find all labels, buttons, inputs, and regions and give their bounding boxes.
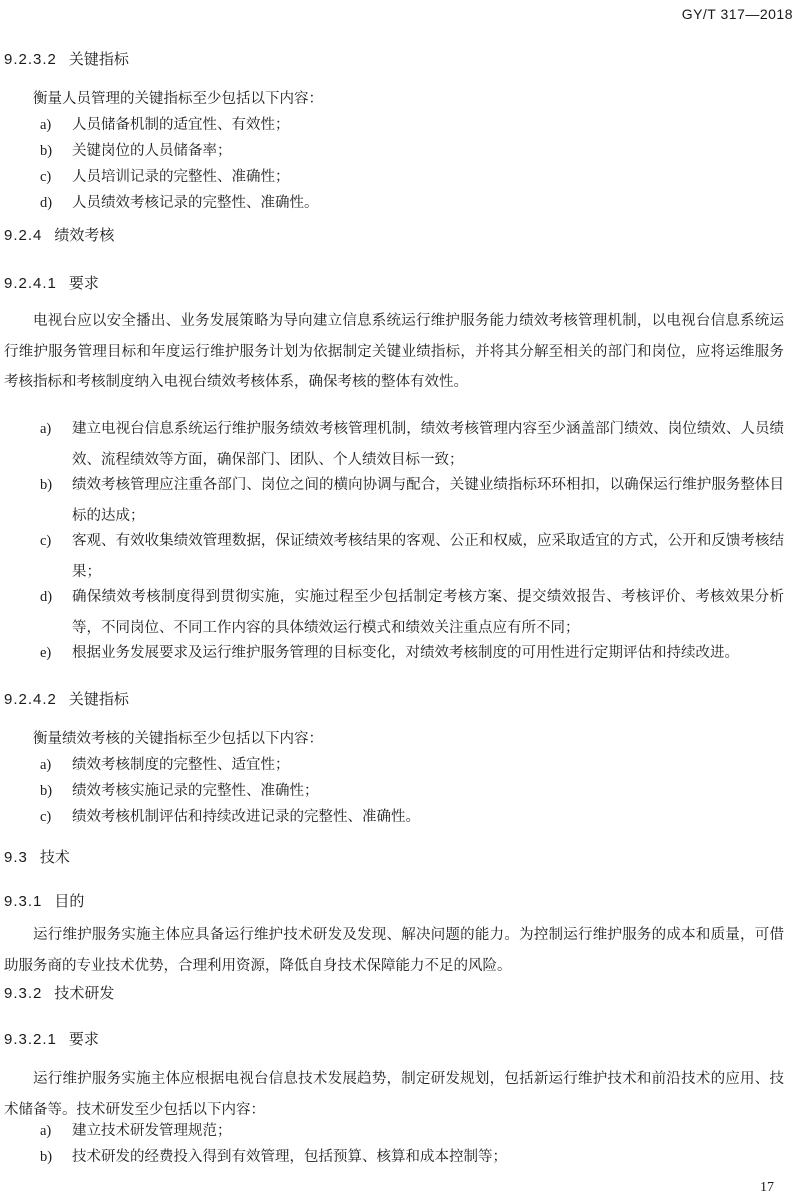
heading-9-3-1: 9.3.1目的 (4, 890, 84, 913)
page-number: 17 (760, 1180, 774, 1196)
heading-title: 目的 (54, 892, 84, 910)
list-text: 绩效考核机制评估和持续改进记录的完整性、准确性。 (72, 802, 784, 833)
list-item: a)建立电视台信息系统运行维护服务绩效考核管理机制，绩效考核管理内容至少涵盖部门… (40, 414, 784, 475)
list-text: 绩效考核管理应注重各部门、岗位之间的横向协调与配合，关键业绩指标环环相扣，以确保… (72, 470, 784, 531)
list-text: 客观、有效收集绩效管理数据，保证绩效考核结果的客观、公正和权威，应采取适宜的方式… (72, 526, 784, 587)
heading-number: 9.2.4 (4, 225, 42, 247)
list-marker: d) (40, 188, 72, 219)
heading-number: 9.3.2 (4, 983, 42, 1005)
paragraph: 运行维护服务实施主体应具备运行维护技术研发及发现、解决问题的能力。为控制运行维护… (4, 920, 784, 981)
list-marker: b) (40, 1142, 72, 1173)
heading-title: 关键指标 (69, 690, 129, 708)
list-marker: b) (40, 470, 72, 531)
heading-title: 要求 (69, 274, 99, 292)
heading-number: 9.3 (4, 847, 28, 869)
heading-title: 关键指标 (69, 50, 129, 68)
list-text: 技术研发的经费投入得到有效管理，包括预算、核算和成本控制等； (72, 1142, 784, 1173)
heading-number: 9.3.2.1 (4, 1029, 57, 1051)
heading-9-3: 9.3技术 (4, 846, 70, 869)
list-text: 根据业务发展要求及运行维护服务管理的目标变化，对绩效考核制度的可用性进行定期评估… (72, 638, 784, 669)
list-marker: c) (40, 526, 72, 587)
list-text: 人员绩效考核记录的完整性、准确性。 (72, 188, 784, 219)
list-marker: e) (40, 638, 72, 669)
heading-9-2-4-2: 9.2.4.2关键指标 (4, 688, 129, 711)
list-marker: c) (40, 802, 72, 833)
heading-title: 技术研发 (54, 984, 114, 1002)
paragraph: 电视台应以安全播出、业务发展策略为导向建立信息系统运行维护服务能力绩效考核管理机… (4, 306, 784, 398)
list-item: b)技术研发的经费投入得到有效管理，包括预算、核算和成本控制等； (40, 1142, 784, 1173)
standard-code: GY/T 317—2018 (682, 6, 793, 22)
list-marker: a) (40, 414, 72, 475)
heading-title: 技术 (40, 848, 70, 866)
list-item: d)确保绩效考核制度得到贯彻实施，实施过程至少包括制定考核方案、提交绩效报告、考… (40, 582, 784, 643)
heading-number: 9.2.3.2 (4, 49, 57, 71)
heading-number: 9.2.4.1 (4, 273, 57, 295)
list-text: 确保绩效考核制度得到贯彻实施，实施过程至少包括制定考核方案、提交绩效报告、考核评… (72, 582, 784, 643)
list-item: e)根据业务发展要求及运行维护服务管理的目标变化，对绩效考核制度的可用性进行定期… (40, 638, 784, 669)
list-item: c)绩效考核机制评估和持续改进记录的完整性、准确性。 (40, 802, 784, 833)
heading-9-3-2: 9.3.2技术研发 (4, 982, 114, 1005)
list-item: b)绩效考核管理应注重各部门、岗位之间的横向协调与配合，关键业绩指标环环相扣，以… (40, 470, 784, 531)
list-item: d)人员绩效考核记录的完整性、准确性。 (40, 188, 784, 219)
heading-9-3-2-1: 9.3.2.1要求 (4, 1028, 99, 1051)
heading-9-2-4-1: 9.2.4.1要求 (4, 272, 99, 295)
list-text: 建立电视台信息系统运行维护服务绩效考核管理机制，绩效考核管理内容至少涵盖部门绩效… (72, 414, 784, 475)
heading-title: 绩效考核 (54, 226, 114, 244)
heading-number: 9.2.4.2 (4, 689, 57, 711)
heading-title: 要求 (69, 1030, 99, 1048)
heading-9-2-3-2: 9.2.3.2关键指标 (4, 48, 129, 71)
heading-number: 9.3.1 (4, 891, 42, 913)
list-item: c)客观、有效收集绩效管理数据，保证绩效考核结果的客观、公正和权威，应采取适宜的… (40, 526, 784, 587)
heading-9-2-4: 9.2.4绩效考核 (4, 224, 114, 247)
list-marker: d) (40, 582, 72, 643)
